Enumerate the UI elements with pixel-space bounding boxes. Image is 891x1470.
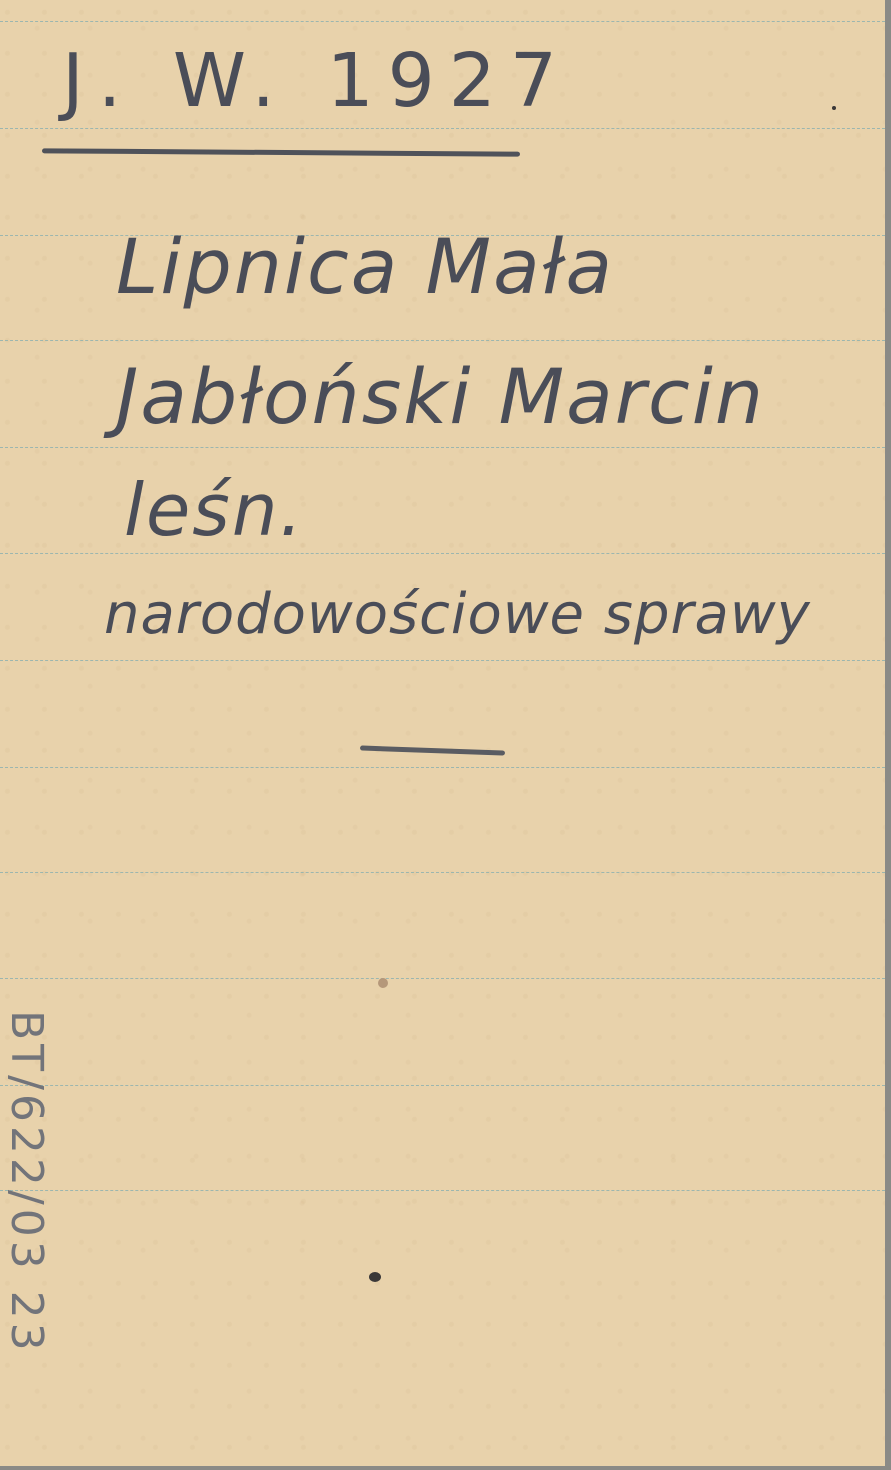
ink-spot: [369, 1272, 381, 1282]
ruled-line: [0, 340, 885, 341]
person-name: Jabłoński Marcin: [116, 352, 765, 441]
ruled-line: [0, 978, 885, 979]
card-header: J. W. 1927: [62, 38, 571, 124]
ruled-line: [0, 1190, 885, 1191]
ruled-line: [0, 767, 885, 768]
subject: narodowościowe sprawy: [104, 582, 811, 647]
ruled-line: [0, 553, 885, 554]
ruled-line: [0, 1085, 885, 1086]
reference-number: BT/622/03 23: [1, 1010, 52, 1355]
stain-spot: [378, 978, 388, 988]
place-name: Lipnica Mała: [116, 222, 614, 311]
occupation: leśn.: [124, 468, 304, 552]
header-underline: [42, 148, 520, 156]
ruled-line: [0, 447, 885, 448]
closing-dash: [360, 745, 505, 755]
ruled-line: [0, 128, 885, 129]
ruled-line: [0, 660, 885, 661]
ruled-line: [0, 872, 885, 873]
ruled-line: [0, 21, 885, 22]
index-card: J. W. 1927 Lipnica Mała Jabłoński Marcin…: [0, 0, 885, 1466]
ink-spot: [832, 106, 836, 110]
